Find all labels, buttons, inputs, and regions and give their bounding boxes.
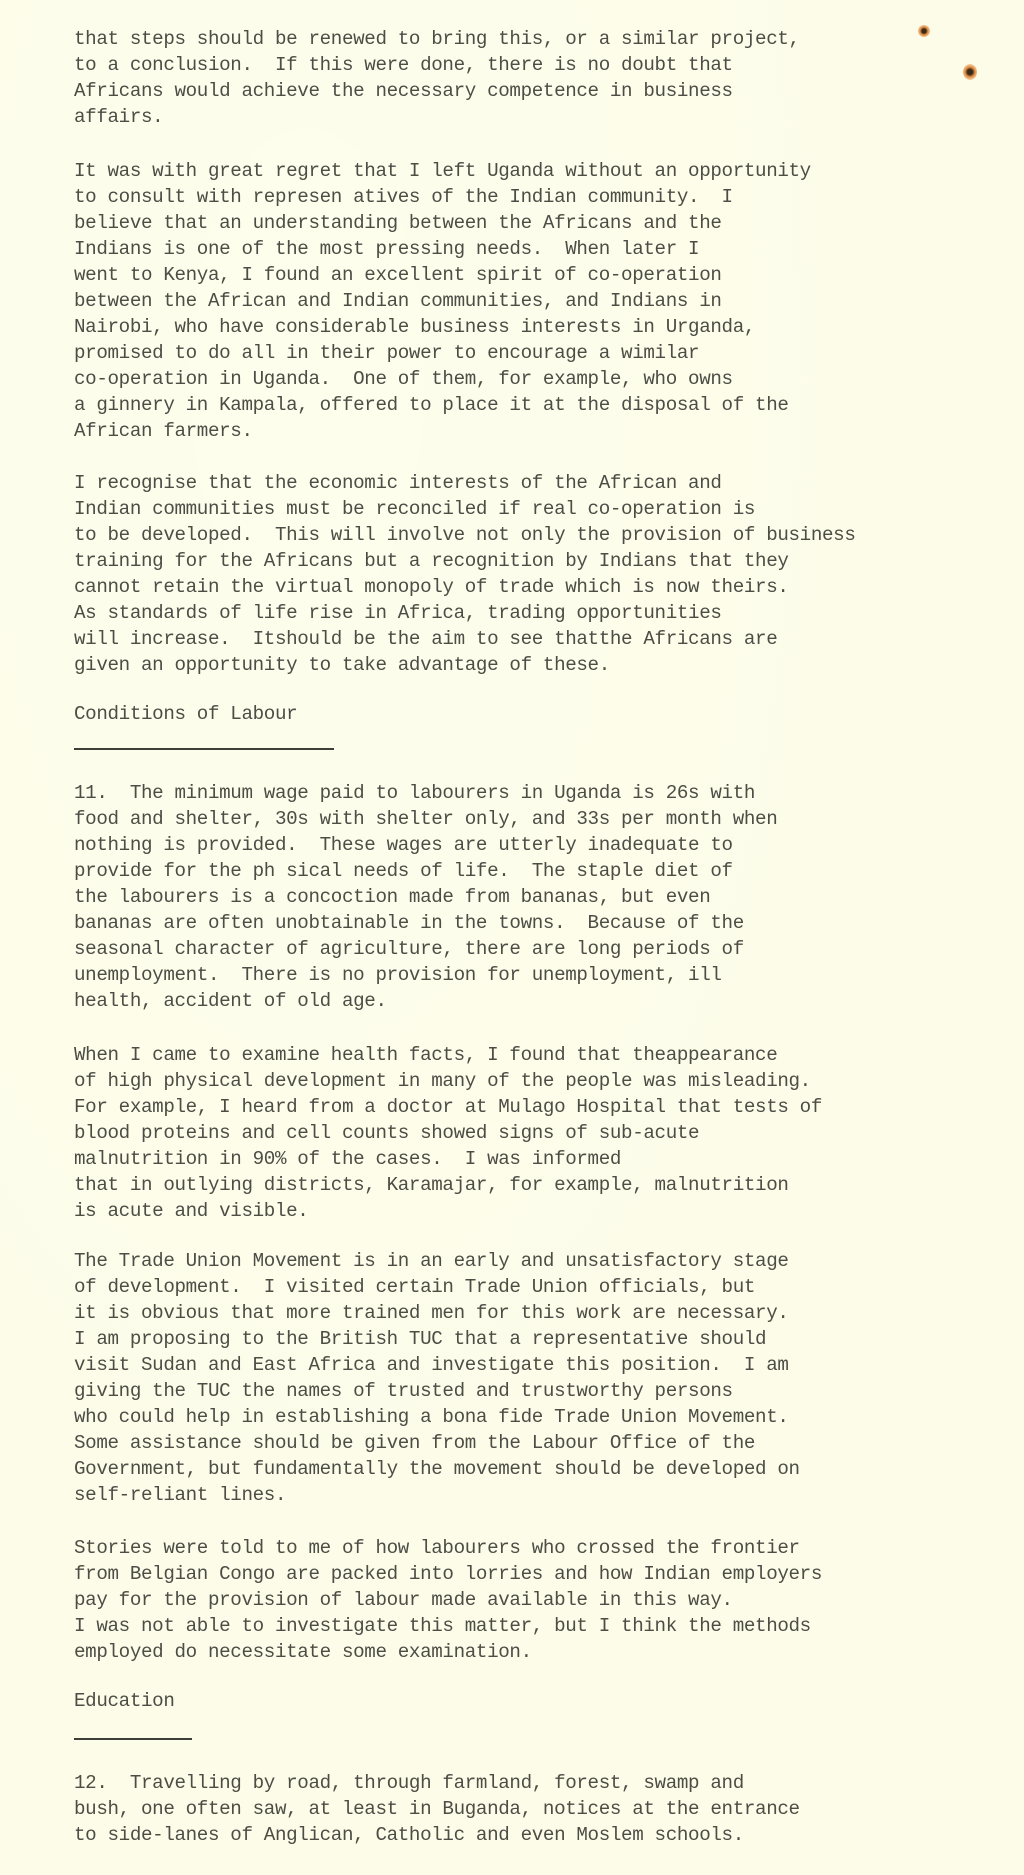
text-line: of development. I visited certain Trade … <box>74 1274 755 1300</box>
text-line: of high physical development in many of … <box>74 1068 811 1094</box>
text-line: It was with great regret that I left Uga… <box>74 158 811 184</box>
text-line: malnutrition in 90% of the cases. I was … <box>74 1146 621 1172</box>
heading-underline <box>74 1738 192 1740</box>
text-line: African farmers. <box>74 418 253 444</box>
text-line: given an opportunity to take advantage o… <box>74 652 610 678</box>
text-line: the labourers is a concoction made from … <box>74 884 710 910</box>
text-line: went to Kenya, I found an excellent spir… <box>74 262 722 288</box>
text-line: Indians is one of the most pressing need… <box>74 236 699 262</box>
text-line: Africans would achieve the necessary com… <box>74 78 733 104</box>
text-line: pay for the provision of labour made ava… <box>74 1587 733 1613</box>
text-line: will increase. Itshould be the aim to se… <box>74 626 777 652</box>
text-line: seasonal character of agriculture, there… <box>74 936 744 962</box>
rust-spot-mark <box>963 64 977 80</box>
document-page: that steps should be renewed to bring th… <box>0 0 1024 1875</box>
text-line: is acute and visible. <box>74 1198 308 1224</box>
text-line: Stories were told to me of how labourers… <box>74 1535 800 1561</box>
text-line: giving the TUC the names of trusted and … <box>74 1378 733 1404</box>
text-line: Indian communities must be reconciled if… <box>74 496 755 522</box>
text-line: believe that an understanding between th… <box>74 210 722 236</box>
text-line: training for the Africans but a recognit… <box>74 548 789 574</box>
text-line: cannot retain the virtual monopoly of tr… <box>74 574 789 600</box>
text-line: Government, but fundamentally the moveme… <box>74 1456 800 1482</box>
heading-underline <box>74 748 334 750</box>
text-line: to side-lanes of Anglican, Catholic and … <box>74 1822 744 1848</box>
text-line: from Belgian Congo are packed into lorri… <box>74 1561 822 1587</box>
text-line: unemployment. There is no provision for … <box>74 962 722 988</box>
text-line: nothing is provided. These wages are utt… <box>74 832 733 858</box>
text-line: bush, one often saw, at least in Buganda… <box>74 1796 800 1822</box>
text-line: For example, I heard from a doctor at Mu… <box>74 1094 822 1120</box>
text-line: to be developed. This will involve not o… <box>74 522 856 548</box>
text-line: to a conclusion. If this were done, ther… <box>74 52 733 78</box>
text-line: affairs. <box>74 104 163 130</box>
text-line: 11. The minimum wage paid to labourers i… <box>74 780 755 806</box>
text-line: co-operation in Uganda. One of them, for… <box>74 366 733 392</box>
text-line: Nairobi, who have considerable business … <box>74 314 755 340</box>
text-line: it is obvious that more trained men for … <box>74 1300 789 1326</box>
rust-spot-mark <box>918 25 930 37</box>
text-line: between the African and Indian communiti… <box>74 288 722 314</box>
text-line: Some assistance should be given from the… <box>74 1430 755 1456</box>
text-line: As standards of life rise in Africa, tra… <box>74 600 722 626</box>
text-line: health, accident of old age. <box>74 988 387 1014</box>
text-line: visit Sudan and East Africa and investig… <box>74 1352 789 1378</box>
section-heading-education: Education <box>74 1690 174 1712</box>
section-heading-conditions-of-labour: Conditions of Labour <box>74 703 297 725</box>
text-line: to consult with represen atives of the I… <box>74 184 733 210</box>
text-line: bananas are often unobtainable in the to… <box>74 910 744 936</box>
text-line: I am proposing to the British TUC that a… <box>74 1326 766 1352</box>
text-line: blood proteins and cell counts showed si… <box>74 1120 699 1146</box>
text-line: The Trade Union Movement is in an early … <box>74 1248 789 1274</box>
text-line: that in outlying districts, Karamajar, f… <box>74 1172 789 1198</box>
text-line: When I came to examine health facts, I f… <box>74 1042 777 1068</box>
text-line: I was not able to investigate this matte… <box>74 1613 811 1639</box>
text-line: I recognise that the economic interests … <box>74 470 722 496</box>
text-line: promised to do all in their power to enc… <box>74 340 699 366</box>
text-line: food and shelter, 30s with shelter only,… <box>74 806 777 832</box>
text-line: employed do necessitate some examination… <box>74 1639 532 1665</box>
text-line: who could help in establishing a bona fi… <box>74 1404 789 1430</box>
text-line: 12. Travelling by road, through farmland… <box>74 1770 744 1796</box>
text-line: that steps should be renewed to bring th… <box>74 26 800 52</box>
text-line: self-reliant lines. <box>74 1482 286 1508</box>
text-line: provide for the ph sical needs of life. … <box>74 858 733 884</box>
text-line: a ginnery in Kampala, offered to place i… <box>74 392 789 418</box>
